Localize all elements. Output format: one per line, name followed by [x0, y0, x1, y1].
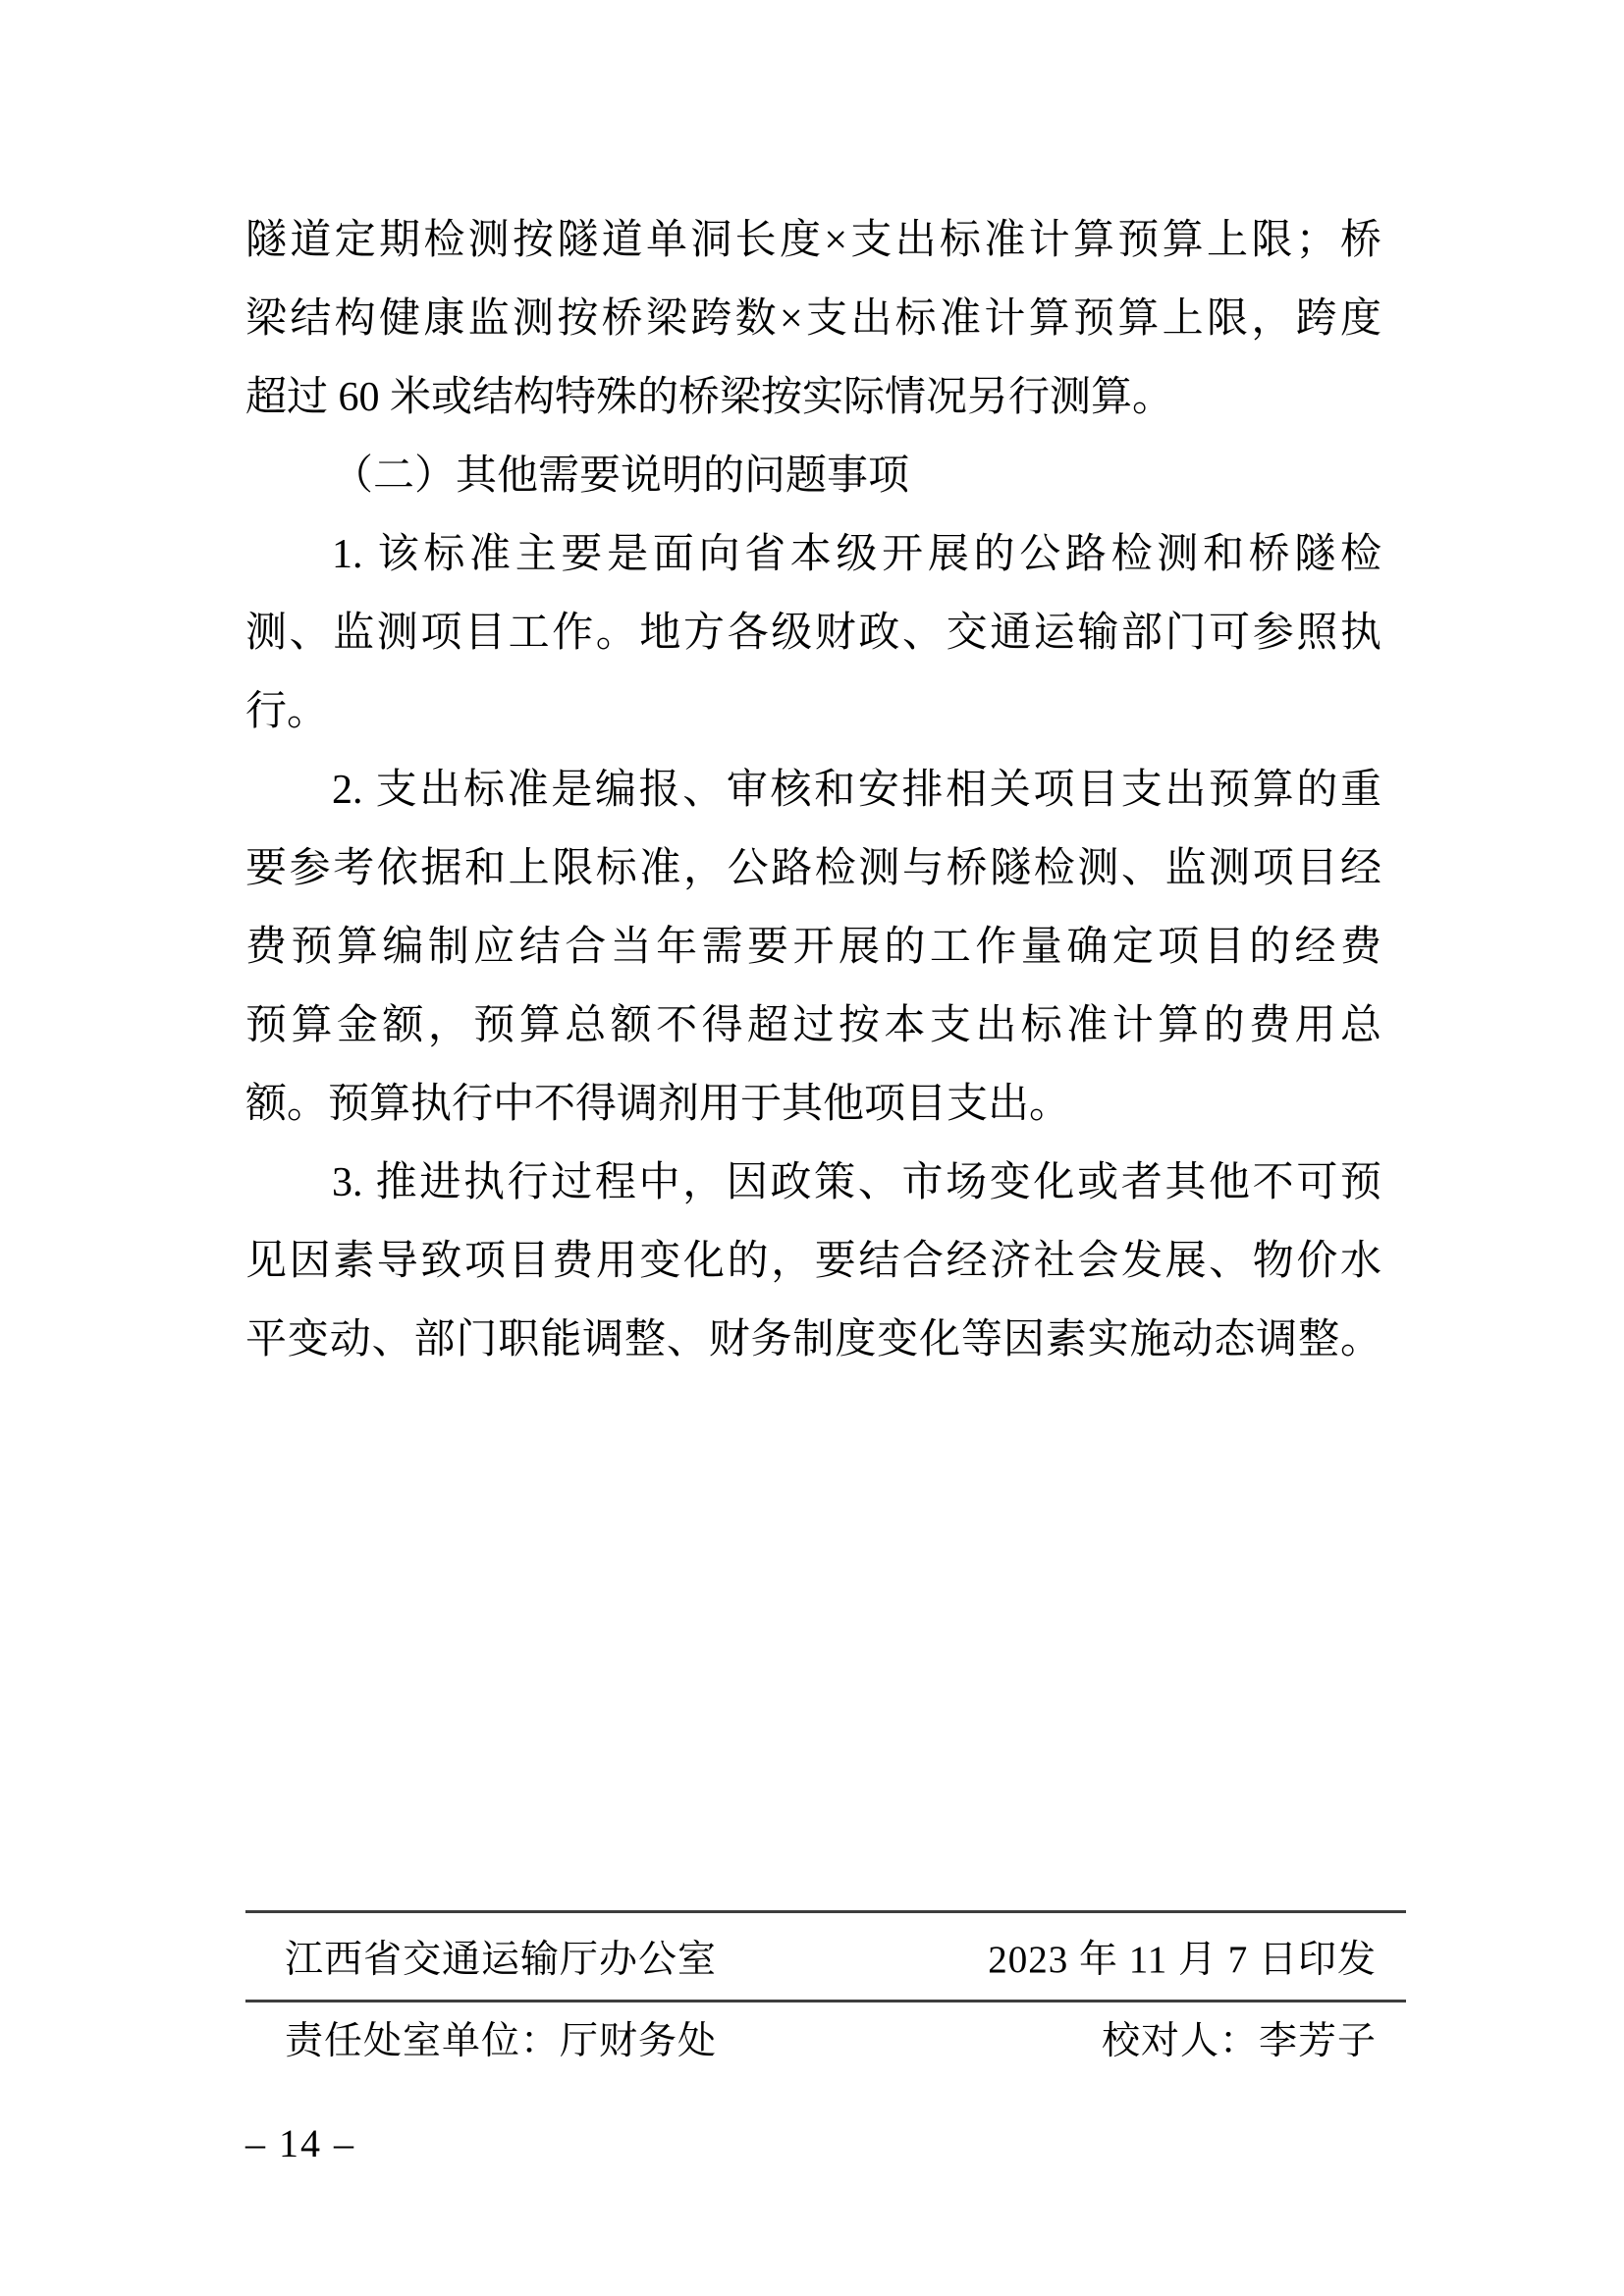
body-line: 超过 60 米或结构特殊的桥梁按实际情况另行测算。: [245, 358, 1381, 437]
document-body: 隧道定期检测按隧道单洞长度×支出标准计算预算上限；桥 梁结构健康监测按桥梁跨数×…: [245, 201, 1381, 1379]
body-line: 要参考依据和上限标准，公路检测与桥隧检测、监测项目经: [245, 829, 1381, 908]
body-line: 行。: [245, 672, 1381, 751]
body-line: 梁结构健康监测按桥梁跨数×支出标准计算预算上限，跨度: [245, 280, 1381, 358]
footer-issuer-row: 江西省交通运输厅办公室 2023 年 11 月 7 日印发: [245, 1913, 1406, 2000]
body-line: 费预算编制应结合当年需要开展的工作量确定项目的经费: [245, 908, 1381, 987]
body-line: 1. 该标准主要是面向省本级开展的公路检测和桥隧检: [245, 515, 1381, 594]
responsible-unit: 责任处室单位：厅财务处: [285, 2010, 717, 2065]
body-line: 平变动、部门职能调整、财务制度变化等因素实施动态调整。: [245, 1301, 1381, 1379]
issuing-office: 江西省交通运输厅办公室: [285, 1929, 717, 1984]
body-line: 隧道定期检测按隧道单洞长度×支出标准计算预算上限；桥: [245, 201, 1381, 280]
print-date: 2023 年 11 月 7 日印发: [988, 1929, 1377, 1984]
body-line: 额。预算执行中不得调剂用于其他项目支出。: [245, 1065, 1381, 1144]
proofreader: 校对人：李芳子: [1102, 2010, 1377, 2065]
document-page: 隧道定期检测按隧道单洞长度×支出标准计算预算上限；桥 梁结构健康监测按桥梁跨数×…: [0, 0, 1624, 2296]
body-line: 测、监测项目工作。地方各级财政、交通运输部门可参照执: [245, 594, 1381, 672]
body-line: 见因素导致项目费用变化的，要结合经济社会发展、物价水: [245, 1222, 1381, 1301]
body-line: 2. 支出标准是编报、审核和安排相关项目支出预算的重: [245, 751, 1381, 829]
section-heading: （二）其他需要说明的问题事项: [245, 437, 1381, 515]
page-number: – 14 –: [245, 2118, 355, 2169]
body-line: 预算金额，预算总额不得超过按本支出标准计算的费用总: [245, 987, 1381, 1065]
body-line: 3. 推进执行过程中，因政策、市场变化或者其他不可预: [245, 1144, 1381, 1222]
footer-unit-row: 责任处室单位：厅财务处 校对人：李芳子: [245, 2002, 1406, 2073]
